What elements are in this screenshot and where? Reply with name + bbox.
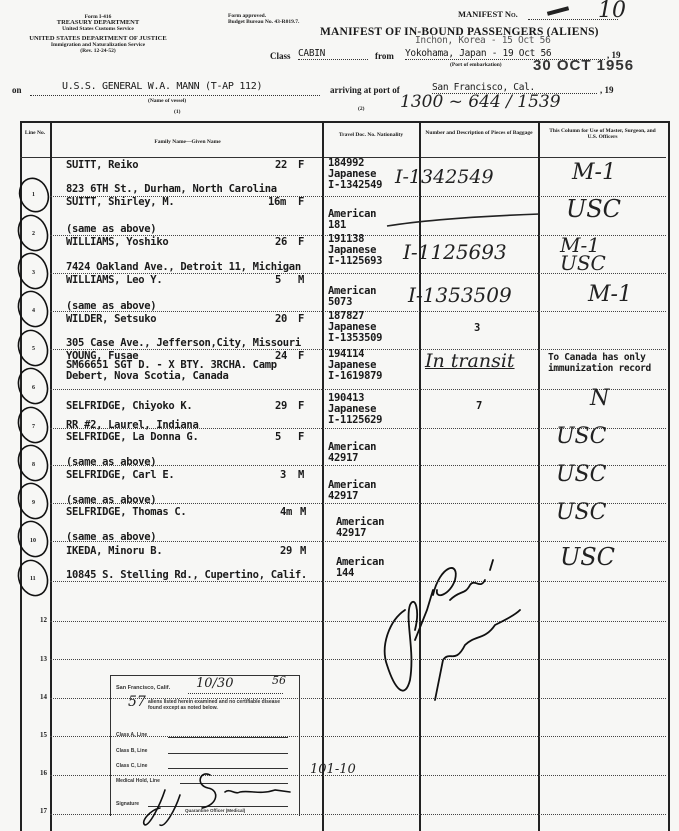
caption-1: (1) xyxy=(174,109,180,115)
baggage-handwritten: I-1342549 xyxy=(395,166,494,188)
travel-doc: American 42917 xyxy=(328,442,376,464)
officer-note: USC xyxy=(560,543,615,571)
passenger-name: SELFRIDGE, Carl E. xyxy=(66,469,174,481)
passenger-sex: M xyxy=(300,506,306,518)
vessel-name: U.S.S. GENERAL W.A. MANN (T-AP 112) xyxy=(62,81,262,92)
baggage-handwritten: I-1353509 xyxy=(408,283,512,307)
revision: (Rev. 12-24-52) xyxy=(8,48,188,54)
class-label: Class xyxy=(270,51,291,61)
passenger-address: (same as above) xyxy=(66,300,156,312)
form-approved: Form approved. Budget Bureau No. 43-R019… xyxy=(228,13,299,25)
officer-note: USC xyxy=(566,195,621,223)
travel-doc: American 42917 xyxy=(328,480,376,502)
manifest-no-value: 10 xyxy=(598,0,626,23)
col-header-baggage: Number and Description of Pieces of Bagg… xyxy=(424,130,534,136)
travel-doc: 194114 Japanese I-1619879 xyxy=(328,349,382,382)
alien-reg: I-1125693 xyxy=(328,256,382,267)
manifest-no-label: MANIFEST No. xyxy=(458,9,518,19)
doc-number: 42917 xyxy=(328,453,376,464)
from-port-1: Inchon, Korea - 15 Oct 56 xyxy=(415,35,551,46)
officer-note: USC xyxy=(556,462,606,487)
officer-note: USC xyxy=(556,500,606,525)
stamp-location: San Francisco, Calif. xyxy=(116,685,170,691)
form-header-left: Form I-416 TREASURY DEPARTMENT United St… xyxy=(8,14,188,54)
officer-note: M-1 USC xyxy=(560,236,620,272)
doc-number: 5073 xyxy=(328,297,376,308)
stamp-signature-label: Signature xyxy=(116,801,139,807)
alien-reg: I-1125629 xyxy=(328,415,382,426)
alien-reg: I-1342549 xyxy=(328,180,382,191)
baggage-handwritten: I-1125693 xyxy=(403,240,507,264)
row-divider xyxy=(50,621,666,622)
strike-mark xyxy=(547,6,569,16)
passenger-name: WILLIAMS, Yoshiko xyxy=(66,236,168,248)
passenger-age: 3 xyxy=(280,469,286,481)
date-stamp: 30 OCT 1956 xyxy=(533,57,634,74)
passenger-name: WILDER, Setsuko xyxy=(66,313,156,325)
officer-note: M-1 xyxy=(572,160,616,185)
doc-number: 42917 xyxy=(328,491,376,502)
officer-note: To Canada has only immunization record xyxy=(548,352,656,374)
passenger-address: 305 Case Ave., Jefferson,City, Missouri xyxy=(66,337,301,349)
stamp-date: 10/30 xyxy=(196,676,233,691)
col-divider-2 xyxy=(322,121,324,831)
passenger-age: 4m xyxy=(280,506,292,518)
class-c-line xyxy=(168,768,288,769)
caption-2: (2) xyxy=(358,106,364,112)
class-b-line xyxy=(168,753,288,754)
passenger-sex: F xyxy=(298,431,304,443)
travel-doc: American 5073 xyxy=(328,286,376,308)
passenger-name: IKEDA, Minoru B. xyxy=(66,545,162,557)
handwritten-times: 1300 ~ 644 / 1539 xyxy=(400,92,561,112)
officer-note: M-1 xyxy=(588,282,632,307)
passenger-sex: F xyxy=(298,400,304,412)
passenger-sex: F xyxy=(298,159,304,171)
customs-service: United States Customs Service xyxy=(8,26,188,32)
passenger-name: SELFRIDGE, Thomas C. xyxy=(66,506,186,518)
arriving-label: arriving at port of xyxy=(330,85,400,95)
line-no: 14 xyxy=(40,694,47,700)
dash-stroke-icon xyxy=(385,212,545,230)
travel-doc: American 181 xyxy=(328,209,376,231)
officer-note: N xyxy=(590,386,609,411)
passenger-name: SUITT, Shirley, M. xyxy=(66,196,174,208)
passenger-address: 7424 Oakland Ave., Detroit 11, Michigan xyxy=(66,261,301,273)
passenger-sex: F xyxy=(298,196,304,208)
stamp-class-b: Class B, Line xyxy=(116,748,147,754)
class-value: CABIN xyxy=(298,48,368,60)
inspector-signature-icon xyxy=(365,550,535,710)
doc-number: 42917 xyxy=(336,528,384,539)
col-header-officers: This Column for Use of Master, Surgeon, … xyxy=(545,128,660,140)
stamp-exam-text: aliens listed herein examined and no cer… xyxy=(148,699,288,711)
passenger-sex: M xyxy=(298,469,304,481)
stamp-class-a: Class A, Line xyxy=(116,732,147,738)
baggage-count: 3 xyxy=(474,322,480,334)
passenger-address: (same as above) xyxy=(66,223,156,235)
officer-note: USC xyxy=(556,424,606,449)
quarantine-signature-icon xyxy=(140,770,300,830)
passenger-address: SM66651 SGT D. - X BTY. 3RCHA. Camp Debe… xyxy=(66,360,316,382)
passenger-name: SUITT, Reiko xyxy=(66,159,138,171)
port-embark-caption: (Port of embarkation) xyxy=(450,62,502,68)
baggage-count: 7 xyxy=(476,400,482,412)
passenger-name: SELFRIDGE, Chiyoko K. xyxy=(66,400,192,412)
row-divider xyxy=(50,389,666,390)
passenger-age: 5 xyxy=(275,274,281,286)
line-no: 15 xyxy=(40,732,47,738)
passenger-address: 10845 S. Stelling Rd., Cupertino, Calif. xyxy=(66,569,307,581)
doc-number: 181 xyxy=(328,220,376,231)
col-header-travel-doc: Travel Doc. No. Nationality xyxy=(330,132,412,138)
class-a-line xyxy=(168,737,288,738)
passenger-address: (same as above) xyxy=(66,531,156,543)
line-no: 16 xyxy=(40,770,47,776)
stamp-date-line xyxy=(188,693,283,694)
row-divider xyxy=(50,581,666,582)
from-label: from xyxy=(375,51,394,61)
alien-reg: I-1619879 xyxy=(328,371,382,382)
col-header-line-no: Line No. xyxy=(22,130,48,136)
circled-line-numbers-icon xyxy=(0,170,60,610)
travel-doc: 191138 Japanese I-1125693 xyxy=(328,234,382,267)
passenger-age: 29 xyxy=(280,545,292,557)
passenger-sex: F xyxy=(298,313,304,325)
passenger-age: 22 xyxy=(275,159,287,171)
travel-doc: 187827 Japanese I-1353509 xyxy=(328,311,382,344)
vessel-line xyxy=(30,95,320,96)
passenger-age: 20 xyxy=(275,313,287,325)
stamp-alien-count: 57 xyxy=(128,694,146,710)
passenger-age: 26 xyxy=(275,236,287,248)
passenger-address: 823 6TH St., Durham, North Carolina xyxy=(66,183,277,195)
col-header-name: Family Name—Given Name xyxy=(60,139,315,145)
stamp-year: 56 xyxy=(272,674,286,687)
vessel-caption: (Name of vessel) xyxy=(148,98,186,104)
passenger-age: 29 xyxy=(275,400,287,412)
passenger-address: RR #2, Laurel, Indiana xyxy=(66,419,198,431)
passenger-name: WILLIAMS, Leo Y. xyxy=(66,274,162,286)
on-label: on xyxy=(12,85,22,95)
budget-bureau-text: Budget Bureau No. 43-R019.7. xyxy=(228,19,299,25)
row-divider xyxy=(50,659,666,660)
baggage-handwritten: In transit xyxy=(425,350,515,372)
travel-doc: American 42917 xyxy=(336,517,384,539)
alien-reg: I-1353509 xyxy=(328,333,382,344)
line-no: 13 xyxy=(40,656,47,662)
passenger-address: (same as above) xyxy=(66,494,156,506)
line-no: 12 xyxy=(40,617,47,623)
passenger-address: (same as above) xyxy=(66,456,156,468)
passenger-sex: F xyxy=(298,236,304,248)
line-no: 17 xyxy=(40,808,47,814)
travel-doc: 184992 Japanese I-1342549 xyxy=(328,158,382,191)
passenger-name: SELFRIDGE, La Donna G. xyxy=(66,431,198,443)
passenger-sex: M xyxy=(300,545,306,557)
stamp-class-c: Class C, Line xyxy=(116,763,147,769)
side-note: 101-10 xyxy=(310,762,356,777)
year-prefix-2: , 19 xyxy=(600,85,614,95)
passenger-sex: M xyxy=(298,274,304,286)
passenger-age: 5 xyxy=(275,431,281,443)
passenger-age: 16m xyxy=(268,196,286,208)
travel-doc: 190413 Japanese I-1125629 xyxy=(328,393,382,426)
